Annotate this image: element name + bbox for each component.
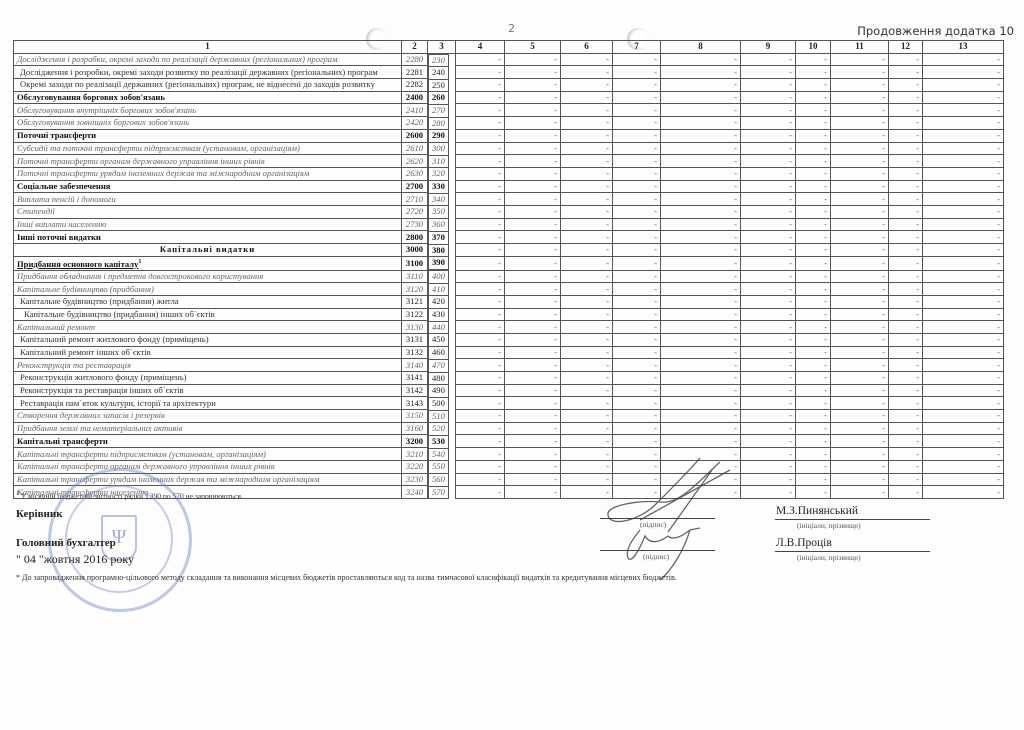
handwritten-signatures [0,0,1024,730]
